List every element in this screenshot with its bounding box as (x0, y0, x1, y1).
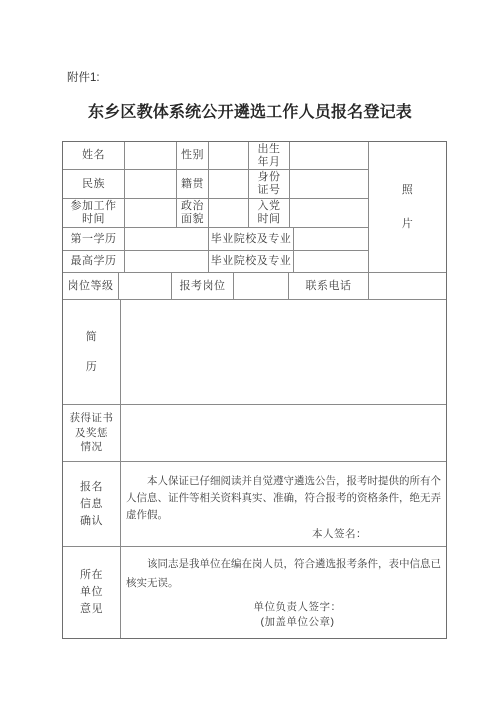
photo-cell: 照 片 (368, 142, 446, 272)
work-unit-opinion-content: 该同志是我单位在编在岗人员，符合遴选报考条件，表中信息已核实无误。 单位负责人签… (120, 547, 446, 638)
table-row: 参加工作 时间 政治 面貌 入党 时间 (63, 198, 368, 227)
native-place-label: 籍贯 (176, 170, 208, 198)
id-number-value (289, 170, 368, 198)
first-degree-school-major-label: 毕业院校及专业 (208, 228, 293, 250)
confirmation-statement: 本人保证已仔细阅读并自觉遵守遴选公告，报考时提供的所有个人信息、证件等相关资料真… (121, 462, 446, 524)
birth-date-value (289, 142, 368, 169)
work-start-date-label: 参加工作 时间 (63, 199, 124, 227)
highest-degree-label: 最高学历 (63, 251, 124, 272)
table-row: 民族 籍贯 身份 证号 (63, 169, 368, 198)
post-grade-label: 岗位等级 (63, 273, 118, 299)
party-join-date-value (289, 199, 368, 227)
phone-value (368, 273, 446, 299)
phone-label: 联系电话 (288, 273, 368, 299)
table-row: 第一学历 毕业院校及专业 (63, 227, 368, 250)
birth-date-label: 出生 年月 (248, 142, 289, 169)
table-row: 姓名 性别 出生 年月 (63, 142, 368, 169)
native-place-value (208, 170, 248, 198)
applicant-signature-label: 本人签名： (121, 526, 446, 541)
ethnicity-label: 民族 (63, 170, 124, 198)
resume-label: 简 历 (63, 300, 120, 404)
registration-form-table: 姓名 性别 出生 年月 民族 籍贯 身份 证号 参加工作 时间 (62, 141, 447, 639)
highest-degree-value (124, 251, 208, 272)
highest-degree-school-major-value (293, 251, 368, 272)
attachment-label: 附件1: (67, 69, 100, 85)
certificates-awards-label: 获得证书 及奖惩 情况 (63, 405, 120, 461)
document-page: 附件1: 东乡区教体系统公开遴选工作人员报名登记表 姓名 性别 出生 年月 民族… (0, 0, 500, 707)
registration-confirmation-label: 报名 信息 确认 (63, 462, 120, 546)
first-degree-label: 第一学历 (63, 228, 124, 250)
work-unit-opinion-label: 所在 单位 意见 (63, 547, 120, 638)
unit-statement: 该同志是我单位在编在岗人员，符合遴选报考条件，表中信息已核实无误。 (121, 547, 446, 593)
post-grade-value (118, 273, 171, 299)
gender-value (208, 142, 248, 169)
name-value (124, 142, 176, 169)
table-row: 岗位等级 报考岗位 联系电话 (63, 272, 446, 299)
work-start-date-value (124, 199, 176, 227)
certificates-awards-content (120, 405, 446, 461)
unit-leader-signature-label: 单位负责人签字： (加盖单位公章) (121, 600, 446, 630)
table-row: 获得证书 及奖惩 情况 (63, 404, 446, 461)
top-section: 姓名 性别 出生 年月 民族 籍贯 身份 证号 参加工作 时间 (63, 142, 446, 272)
table-row: 所在 单位 意见 该同志是我单位在编在岗人员，符合遴选报考条件，表中信息已核实无… (63, 546, 446, 638)
registration-confirmation-content: 本人保证已仔细阅读并自觉遵守遴选公告，报考时提供的所有个人信息、证件等相关资料真… (120, 462, 446, 546)
gender-label: 性别 (176, 142, 208, 169)
first-degree-value (124, 228, 208, 250)
applied-position-label: 报考岗位 (171, 273, 233, 299)
first-degree-school-major-value (293, 228, 368, 250)
table-row: 最高学历 毕业院校及专业 (63, 250, 368, 272)
page-title: 东乡区教体系统公开遴选工作人员报名登记表 (0, 99, 500, 122)
table-row: 报名 信息 确认 本人保证已仔细阅读并自觉遵守遴选公告，报考时提供的所有个人信息… (63, 461, 446, 546)
highest-degree-school-major-label: 毕业院校及专业 (208, 251, 293, 272)
top-section-fields: 姓名 性别 出生 年月 民族 籍贯 身份 证号 参加工作 时间 (63, 142, 368, 272)
resume-content (120, 300, 446, 404)
applied-position-value (233, 273, 288, 299)
id-number-label: 身份 证号 (248, 170, 289, 198)
political-status-label: 政治 面貌 (176, 199, 208, 227)
table-row: 简 历 (63, 299, 446, 404)
political-status-value (208, 199, 248, 227)
party-join-date-label: 入党 时间 (248, 199, 289, 227)
name-label: 姓名 (63, 142, 124, 169)
ethnicity-value (124, 170, 176, 198)
